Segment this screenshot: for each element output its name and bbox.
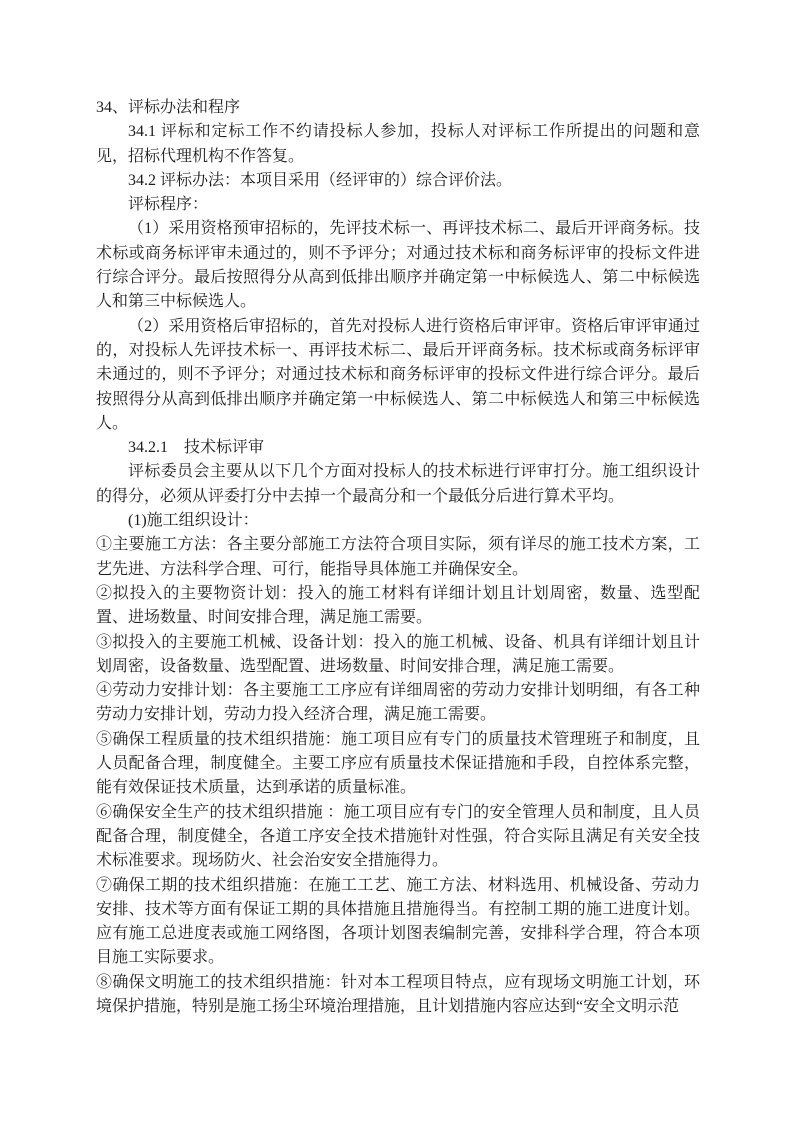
document-page: 34、评标办法和程序34.1 评标和定标工作不约请投标人参加，投标人对评标工作所… xyxy=(0,0,794,1122)
numbered-list-item: ⑥确保安全生产的技术组织措施 ：施工项目应有专门的安全管理人员和制度，且人员配备… xyxy=(96,801,700,874)
numbered-list-item: ②拟投入的主要物资计划：投入的施工材料有详细计划且计划周密，数量、选型配置、进场… xyxy=(96,582,700,631)
paragraph: 评标委员会主要从以下几个方面对投标人的技术标进行评审打分。施工组织设计的得分，必… xyxy=(96,460,700,509)
paragraph: （1）采用资格预审招标的，先评技术标一、再评技术标二、最后开评商务标。技术标或商… xyxy=(96,217,700,314)
numbered-list-item: ④劳动力安排计划：各主要施工工序应有详细周密的劳动力安排计划明细，有各工种劳动力… xyxy=(96,679,700,728)
numbered-list-item: ⑤确保工程质量的技术组织措施：施工项目应有专门的质量技术管理班子和制度，且人员配… xyxy=(96,728,700,801)
numbered-list-item: ⑧确保文明施工的技术组织措施：针对本工程项目特点，应有现场文明施工计划，环境保护… xyxy=(96,971,700,1020)
document-body: 34、评标办法和程序34.1 评标和定标工作不约请投标人参加，投标人对评标工作所… xyxy=(96,96,700,1019)
numbered-list-item: ③拟投入的主要施工机械、设备计划：投入的施工机械、设备、机具有详细计划且计划周密… xyxy=(96,631,700,680)
sub-section-heading: 34.2.1 技术标评审 xyxy=(96,436,700,460)
paragraph: 34.2 评标办法：本项目采用（经评审的）综合评价法。 xyxy=(96,169,700,193)
numbered-list-item: ⑦确保工期的技术组织措施：在施工工艺、施工方法、材料选用、机械设备、劳动力安排、… xyxy=(96,874,700,971)
paragraph: 评标程序： xyxy=(96,193,700,217)
section-heading: 34、评标办法和程序 xyxy=(96,96,700,120)
paragraph: （2）采用资格后审招标的，首先对投标人进行资格后审评审。资格后审评审通过的，对投… xyxy=(96,315,700,436)
paragraph: 34.1 评标和定标工作不约请投标人参加，投标人对评标工作所提出的问题和意见，招… xyxy=(96,120,700,169)
numbered-list-item: ①主要施工方法：各主要分部施工方法符合项目实际，须有详尽的施工技术方案，工艺先进… xyxy=(96,533,700,582)
paragraph: (1)施工组织设计： xyxy=(96,509,700,533)
